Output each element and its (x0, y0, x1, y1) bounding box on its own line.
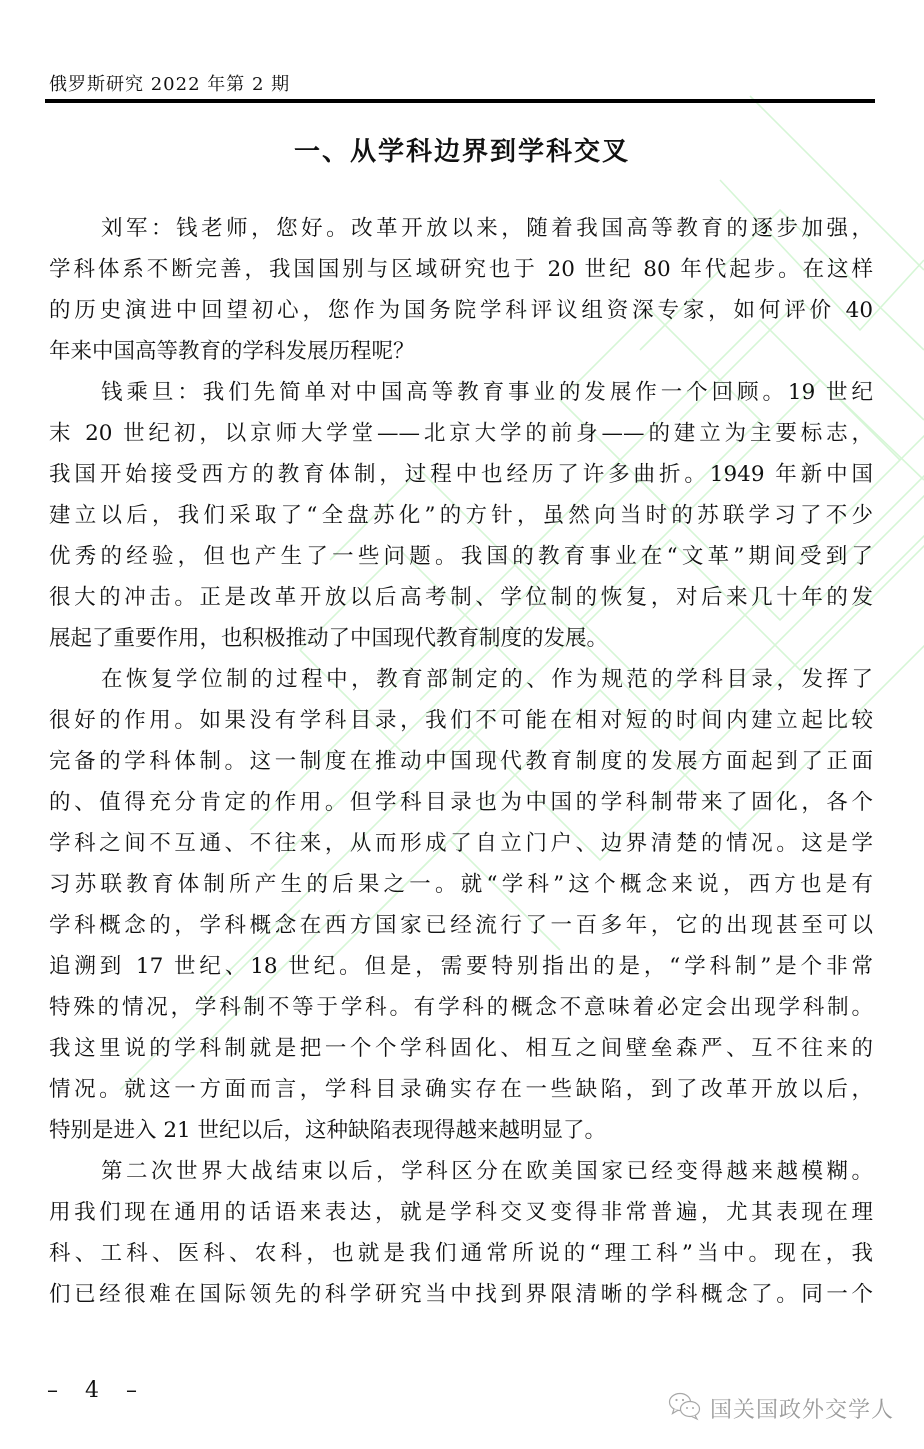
body-line: 学科体系不断完善，我国国别与区域研究也于 20 世纪 80 年代起步。在这样 (49, 249, 873, 290)
body-line: 钱乘旦：我们先简单对中国高等教育事业的发展作一个回顾。19 世纪 (49, 372, 873, 413)
body-line: 习苏联教育体制所产生的后果之一。就“学科”这个概念来说，西方也是有 (49, 864, 873, 905)
header-rule (45, 99, 875, 103)
body-line: 优秀的经验，但也产生了一些问题。我国的教育事业在“文革”期间受到了 (49, 536, 873, 577)
wechat-account-watermark: 国关国政外交学人 (668, 1391, 894, 1425)
body-line: 们已经很难在国际领先的科学研究当中找到界限清晰的学科概念了。同一个 (49, 1274, 873, 1315)
body-line: 情况。就这一方面而言，学科目录确实存在一些缺陷，到了改革开放以后， (49, 1069, 873, 1110)
body-line: 完备的学科体制。这一制度在推动中国现代教育制度的发展方面起到了正面 (49, 741, 873, 782)
journal-running-header: 俄罗斯研究 2022 年第 2 期 (49, 70, 290, 96)
body-line: 学科概念的，学科概念在西方国家已经流行了一百多年，它的出现甚至可以 (49, 905, 873, 946)
body-line: 刘军：钱老师，您好。改革开放以来，随着我国高等教育的逐步加强， (49, 208, 873, 249)
body-line: 在恢复学位制的过程中，教育部制定的、作为规范的学科目录，发挥了 (49, 659, 873, 700)
body-line: 我这里说的学科制就是把一个个学科固化、相互之间壁垒森严、互不往来的 (49, 1028, 873, 1069)
body-line: 第二次世界大战结束以后，学科区分在欧美国家已经变得越来越模糊。 (49, 1151, 873, 1192)
body-line: 展起了重要作用，也积极推动了中国现代教育制度的发展。 (49, 618, 873, 659)
body-line: 末 20 世纪初，以京师大学堂——北京大学的前身——的建立为主要标志， (49, 413, 873, 454)
body-line: 我国开始接受西方的教育体制，过程中也经历了许多曲折。1949 年新中国 (49, 454, 873, 495)
body-line: 很大的冲击。正是改革开放以后高考制、学位制的恢复，对后来几十年的发 (49, 577, 873, 618)
body-line: 科、工科、医科、农科，也就是我们通常所说的“理工科”当中。现在，我 (49, 1233, 873, 1274)
body-line: 的、值得充分肯定的作用。但学科目录也为中国的学科制带来了固化，各个 (49, 782, 873, 823)
body-line: 建立以后，我们采取了“全盘苏化”的方针，虽然向当时的苏联学习了不少 (49, 495, 873, 536)
body-line: 用我们现在通用的话语来表达，就是学科交叉变得非常普遍，尤其表现在理 (49, 1192, 873, 1233)
body-line: 追溯到 17 世纪、18 世纪。但是，需要特别指出的是，“学科制”是个非常 (49, 946, 873, 987)
wechat-icon (668, 1391, 702, 1425)
body-line: 年来中国高等教育的学科发展历程呢？ (49, 331, 873, 372)
body-line: 很好的作用。如果没有学科目录，我们不可能在相对短的时间内建立起比较 (49, 700, 873, 741)
section-title: 一、从学科边界到学科交叉 (0, 131, 924, 168)
body-line: 的历史演进中回望初心，您作为国务院学科评议组资深专家，如何评价 40 (49, 290, 873, 331)
body-line: 学科之间不互通、不往来，从而形成了自立门户、边界清楚的情况。这是学 (49, 823, 873, 864)
wechat-account-name: 国关国政外交学人 (710, 1393, 894, 1424)
body-line: 特殊的情况，学科制不等于学科。有学科的概念不意味着必定会出现学科制。 (49, 987, 873, 1028)
page-number: – 4 – (47, 1378, 147, 1403)
body-line: 特别是进入 21 世纪以后，这种缺陷表现得越来越明显了。 (49, 1110, 873, 1151)
